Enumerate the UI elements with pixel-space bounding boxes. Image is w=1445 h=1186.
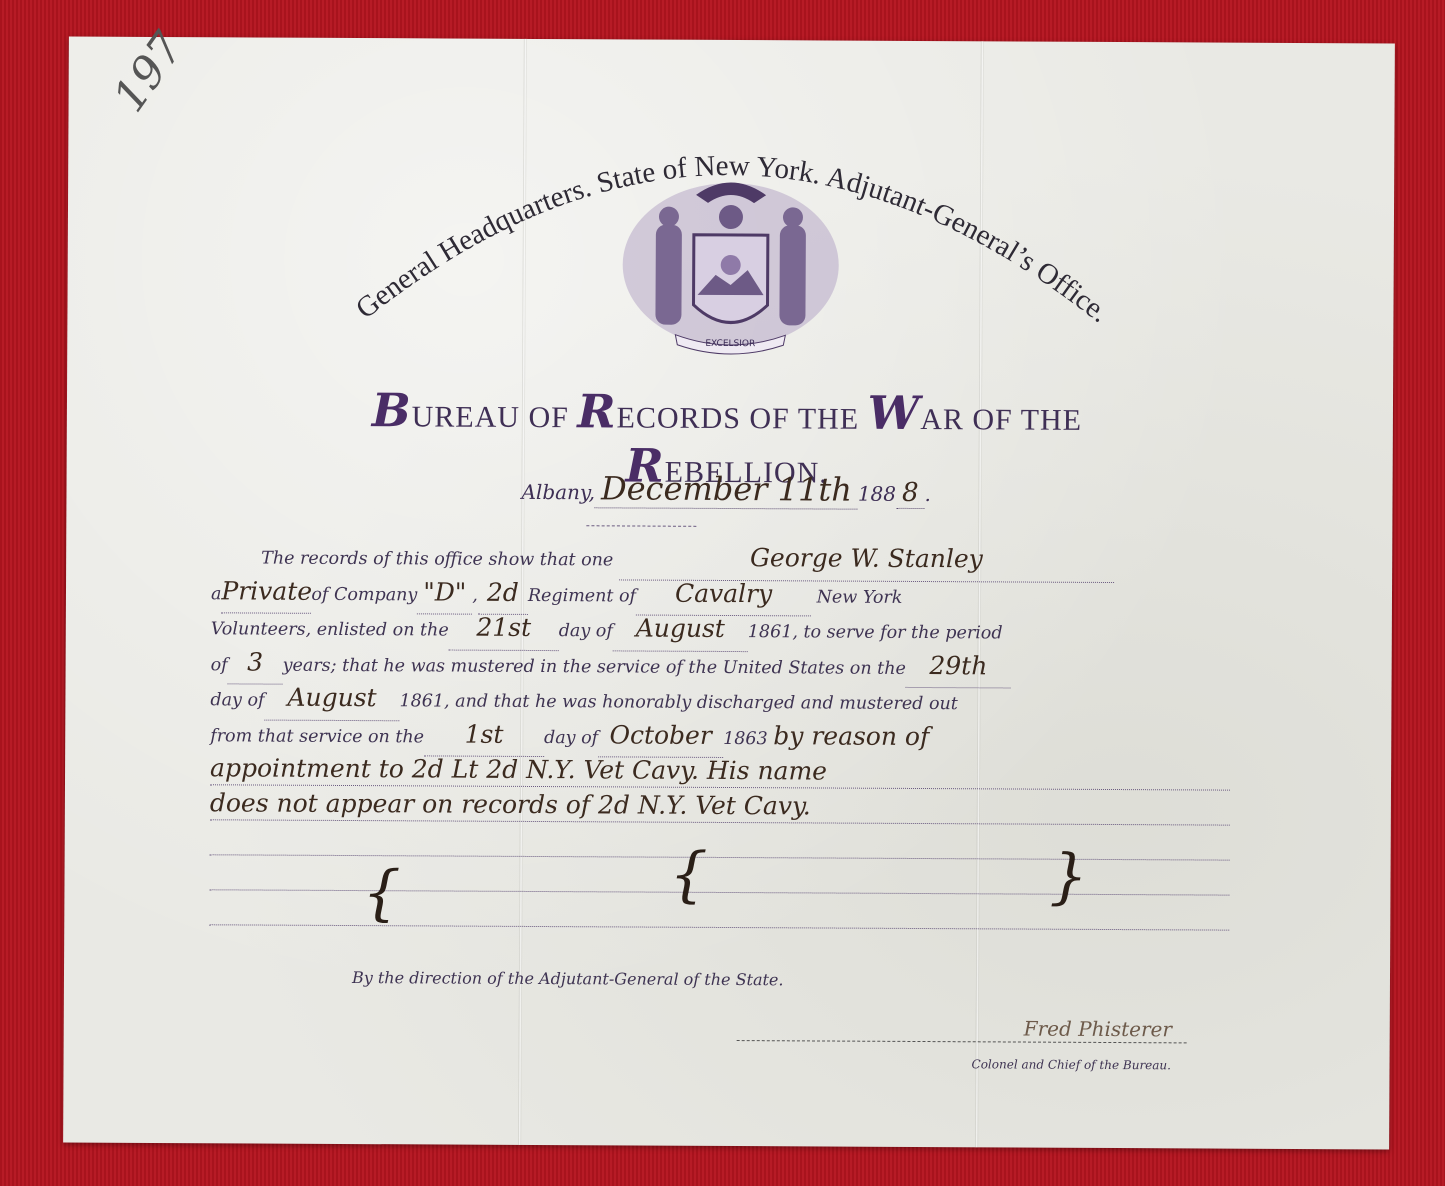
title-word: RECORDS OF THE (577, 401, 867, 436)
soldier-name: George W. Stanley (750, 543, 983, 573)
term-years: 3 (247, 647, 263, 676)
discharge-day: 1st (465, 719, 504, 748)
company: "D" (423, 577, 466, 606)
discharge-reason: by reason of (773, 721, 929, 751)
muster-month: August (287, 683, 376, 712)
dateline: Albany,December 11th1888. (521, 469, 931, 509)
note-line: does not appear on records of 2d N.Y. Ve… (210, 785, 1230, 825)
title-word: WAR OF THE (867, 403, 1082, 437)
certificate-paper: 197 General Headquarters. State of New Y… (63, 37, 1395, 1150)
enlist-day: 21st (476, 613, 531, 642)
discharge-month: October (609, 720, 711, 750)
handwritten-date: December 11th (595, 469, 858, 509)
arm-of-service: Cavalry (675, 578, 772, 608)
divider (586, 519, 696, 527)
brace-mark: { (362, 858, 401, 928)
svg-text:EXCELSIOR: EXCELSIOR (705, 339, 755, 349)
brace-mark: { (669, 840, 708, 910)
rank: Private (221, 576, 312, 605)
signer-title: Colonel and Chief of the Bureau. (971, 1057, 1171, 1072)
muster-day: 29th (929, 651, 987, 680)
regiment-number: 2d (487, 577, 519, 606)
enlist-month: August (636, 614, 725, 643)
title-word: BUREAU OF (372, 400, 578, 434)
state-seal-icon: EXCELSIOR (615, 164, 846, 355)
direction-statement: By the direction of the Adjutant-General… (352, 968, 784, 989)
signature: Fred Phisterer (1024, 1017, 1172, 1042)
brace-mark: } (1049, 842, 1088, 912)
